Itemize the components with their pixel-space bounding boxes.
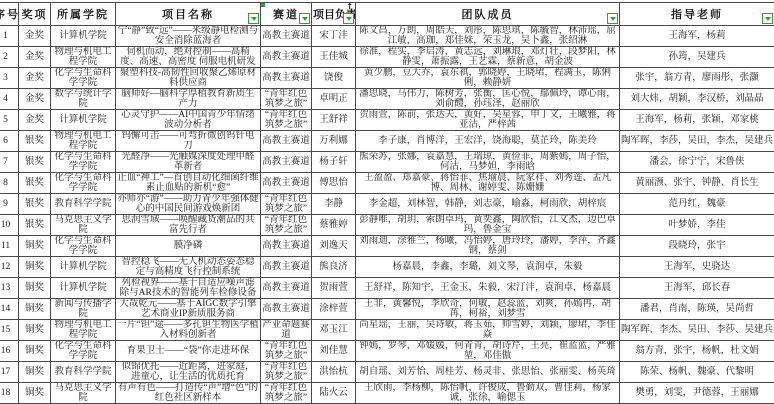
cell-no[interactable]: 5 [0,110,19,131]
table-row: 13铜奖计算机学院列检视界——基于自适应噪声滤除与AR技术的智能列车检修设备高教… [0,278,774,299]
cell-advisors[interactable]: 段晓玲，张宇 [620,236,774,257]
cell-project[interactable]: 似锦优托——近距离，进家庭，进童心，让生活的优质托育 [116,362,261,383]
col-header-label: 团队成员 [462,9,514,21]
cell-team[interactable]: 贺雨萱，陈前，张达夫，黄好，吴星蓉，申丁文，王曦雅，蒋亚沽，严梓茜 [356,110,620,131]
cell-award[interactable]: 铜奖 [19,341,51,362]
cell-college[interactable]: 物理与机电工程学院 [51,320,116,341]
cell-college[interactable]: 计算机学院 [51,110,116,131]
cell-leader[interactable]: 饶俊 [312,68,356,89]
cell-college[interactable]: 计算机学院 [51,278,116,299]
cell-advisors[interactable]: 王海军，史骁达 [620,257,774,278]
cell-track[interactable]: “青年红色筑梦之旅” [261,341,312,362]
col-header-label: 赛道 [273,9,299,21]
cell-project[interactable]: 亦师亦“游”——助力青少年强体健心的中国民间游戏焕新团 [116,194,261,215]
col-header-label: 项目名称 [162,9,214,21]
cell-leader[interactable]: 陆火云 [312,383,356,401]
cell-leader[interactable]: 杨子轩 [312,152,356,173]
filter-arrow-icon [346,17,352,21]
cell-track[interactable]: “青年红色筑梦之旅” [261,215,312,236]
cell-track[interactable]: 高教主赛道 [261,173,312,194]
cell-no[interactable]: 10 [0,215,19,236]
cell-award[interactable]: 铜奖 [19,257,51,278]
cell-no[interactable]: 15 [0,320,19,341]
cell-team[interactable]: 王非，黄馨悦，李欣奇，何敏，赵蕊蓝，刘爽，孙嫣冉，胡苒，柯裕，刘梦雪 [356,299,620,320]
cell-no[interactable]: 8 [0,173,19,194]
cell-leader[interactable]: 傅思怡 [312,173,356,194]
cell-no[interactable]: 14 [0,299,19,320]
awards-table: 序号奖项所属学院项目名称赛道项目负责人↑团队成员指导老师 1金奖计算机学院宁“静… [0,2,774,400]
cell-college[interactable]: 计算机学院 [51,26,116,47]
cell-project[interactable]: 钨懈可击——可弯折微创钨针电刀 [116,131,261,152]
cell-college[interactable]: 化学与生命科学学院 [51,68,116,89]
cell-project[interactable]: 思润雪域——唤醒藏货潮品的共富先行者 [116,215,261,236]
col-header-project[interactable]: 项目名称 [116,3,261,26]
cell-award[interactable]: 金奖 [19,110,51,131]
cell-college[interactable]: 数学与统计学院 [51,89,116,110]
cell-team[interactable]: 李金超，刘林智，韩静，刘志豪，喻淼，柯雨欣，胡梓宸 [356,194,620,215]
cell-college[interactable]: 化学与生命科学学院 [51,236,116,257]
cell-award[interactable]: 铜奖 [19,278,51,299]
cell-award[interactable]: 金奖 [19,89,51,110]
cell-award[interactable]: 银奖 [19,152,51,173]
cell-track[interactable]: “青年红色筑梦之旅” [261,362,312,383]
col-header-label: 指导老师 [671,9,723,21]
sort-ascending-icon: ↑ [346,3,353,11]
cell-college[interactable]: 化学与生命科学学院 [51,341,116,362]
cell-project[interactable]: 脑师好—脑科学厚植教育新质生产力 [116,89,261,110]
cell-team[interactable]: 钟嫣，罗琴，邓媛媛，何青青，胡诗芹，王亮，崔蓝蓝，严雅堃，邓佳傲 [356,341,620,362]
cell-team[interactable]: 王舒祥，陈知宇，王金玉，朱毅，宋汀沣，袁润卓，杨嘉晨 [356,278,620,299]
col-header-track[interactable]: 赛道 [261,3,312,26]
cell-project[interactable]: 列检视界——基于自适应噪声滤除与AR技术的智能列车检修设备 [116,278,261,299]
cell-advisors[interactable]: 王海军，杨莉 [620,26,774,47]
cell-college[interactable]: 新闻与传播学院 [51,299,116,320]
cell-no[interactable]: 2 [0,47,19,68]
cell-leader[interactable]: 万利娜 [312,131,356,152]
cell-team[interactable]: 熊荣苏，张娜，袁嘉慧，王瑞琼，黄俭菲，周紫嫣，周子怡，何沽，马梦妲，李雨晗 [356,152,620,173]
cell-project[interactable]: 膜净磷 [116,236,261,257]
col-header-no[interactable]: 序号 [0,3,19,26]
cell-leader[interactable]: 蔡雅婷 [312,215,356,236]
cell-track[interactable]: 产业命题赛道 [261,320,312,341]
cell-comment-mark-icon [261,3,265,7]
cell-team[interactable]: 彭静唯，胡玥，索朗卓玛，黄奕鑫，陶欣怡，江文杰，边巴卓玛，鲁金宝 [356,215,620,236]
cell-no[interactable]: 12 [0,257,19,278]
cell-advisors[interactable]: 潘会，徐宁宁，宋鲁侠 [620,152,774,173]
cell-team[interactable]: 潘思晓，马伟力，陈树芳，张衡，匡心悦，鄢佩玲，谭心雨，刘俞醴，孙珏泽，赵丽欣 [356,89,620,110]
cell-college[interactable]: 化学与生命科学学院 [51,173,116,194]
col-header-label: 序号 [0,9,19,21]
table-row: 1金奖计算机学院宁“静”致“远”——米级静电检测与安全消除蓝海者高教主赛道宋丁沣… [0,26,774,47]
cell-award[interactable]: 金奖 [19,26,51,47]
cell-college[interactable]: 化学与生命科学学院 [51,152,116,173]
cell-project[interactable]: 一片“钽”途——多孔钽生物医学植入材料创新者 [116,320,261,341]
cell-award[interactable]: 银奖 [19,131,51,152]
cell-award[interactable]: 铜奖 [19,383,51,401]
cell-track[interactable]: “青年红色筑梦之旅” [261,383,312,401]
cell-track[interactable]: 高教主赛道 [261,26,312,47]
table-row: 3金奖化学与生命科学学院聚塑科技-高韧性回收聚乙烯原材料供应商高教主赛道饶俊黄少… [0,68,774,89]
cell-advisors[interactable]: 王海军，邱长春 [620,278,774,299]
filter-dropdown-icon[interactable] [248,13,259,24]
table-row: 7银奖化学与生命科学学院光醛净——光触媒深度处理甲醛革新者高教主赛道杨子轩熊荣苏… [0,152,774,173]
cell-no[interactable]: 9 [0,194,19,215]
cell-leader[interactable]: 刘佳慧 [312,341,356,362]
cell-no[interactable]: 6 [0,131,19,152]
col-header-advisors[interactable]: 指导老师 [620,3,774,26]
cell-leader[interactable]: 刘逸天 [312,236,356,257]
cell-project[interactable]: 智控稳飞——无人机动态姿态稳定与高精度飞行控制系统 [116,257,261,278]
cell-award[interactable]: 银奖 [19,173,51,194]
col-header-label: 奖项 [22,9,48,21]
cell-team[interactable]: 王盈盈、郑嘉豪、蒋怡菲、焦瑜晨、阮家祥、刘秀莲、孟凡博、周林、谢婷雯、陈姗姗 [356,173,620,194]
cell-advisors[interactable]: 翁方青，张宇，杨帆，杜文娟 [620,341,774,362]
cell-advisors[interactable]: 刘大炜，胡颖，李汉桥，刘晶晶 [620,89,774,110]
cell-advisors[interactable]: 陈荣、杨帆、魏豪、代黎明 [620,362,774,383]
cell-no[interactable]: 1 [0,26,19,47]
cell-award[interactable]: 铜奖 [19,320,51,341]
filter-dropdown-icon[interactable] [762,13,773,24]
table-row: 15铜奖物理与机电工程学院一片“钽”途——多孔钽生物医学植入材料创新者产业命题赛… [0,320,774,341]
cell-advisors[interactable]: 张宇，翁方青，廖雨彤，张灝 [620,68,774,89]
cell-no[interactable]: 16 [0,341,19,362]
table-row: 16铜奖化学与生命科学学院育果卫士——“袋”你走进环保“青年红色筑梦之旅”刘佳慧… [0,341,774,362]
cell-college[interactable]: 计算机学院 [51,257,116,278]
cell-no[interactable]: 13 [0,278,19,299]
cell-advisors[interactable]: 王海军，杨莉，张颖，邓家桃 [620,110,774,131]
cell-project[interactable]: 宁“静”致“远”——米级静电检测与安全消除蓝海者 [116,26,261,47]
col-header-team[interactable]: 团队成员 [356,3,620,26]
col-header-leader[interactable]: 项目负责人↑ [312,3,356,26]
filter-dropdown-icon[interactable] [299,13,310,24]
cell-college[interactable]: 教育科学学院 [51,194,116,215]
cell-leader[interactable]: 涂梓萱 [312,299,356,320]
cell-project[interactable]: 止血“神工”—首创自动化细菌纤维素止血贴的新机“愈” [116,173,261,194]
cell-team[interactable]: 杨嘉晨，李鑫，李璐，刘文琴，袁润卓，朱毅 [356,257,620,278]
cell-track[interactable]: 高教主赛道 [261,131,312,152]
filter-dropdown-icon[interactable] [607,13,618,24]
cell-advisors[interactable]: 黄丽滪、张宇、钟静、肖长生 [620,173,774,194]
cell-no[interactable]: 18 [0,383,19,401]
awards-spreadsheet: 序号奖项所属学院项目名称赛道项目负责人↑团队成员指导老师 1金奖计算机学院宁“静… [0,2,774,400]
table-row: 4金奖数学与统计学院脑师好—脑科学厚植教育新质生产力“青年红色筑梦之旅”卓明正潘… [0,89,774,110]
cell-college[interactable]: 马克思主义学院 [51,215,116,236]
cell-award[interactable]: 金奖 [19,68,51,89]
table-row: 17铜奖教育科学学院似锦优托——近距离，进家庭，进童心，让生活的优质托育“青年红… [0,362,774,383]
cell-advisors[interactable]: 陶军晖、李杰、吴田、李莎、吴建兵 [620,320,774,341]
cell-advisors[interactable]: 樊勇，刘雯，尹德蓉，王丽娜 [620,383,774,401]
table-row: 2金奖物理与机电工程学院伺机而动，绝对控制——高精度、高速、高密度 伺服电机研发… [0,47,774,68]
cell-advisors[interactable]: 叶梦娇，李佳 [620,215,774,236]
table-row: 9银奖教育科学学院亦师亦“游”——助力青少年强体健心的中国民间游戏焕新团“青年红… [0,194,774,215]
cell-project[interactable]: 育果卫士——“袋”你走进环保 [116,341,261,362]
cell-advisors[interactable]: 陶军晖，李莎，吴田，李杰，吴建兵 [620,131,774,152]
filter-arrow-icon [251,17,257,21]
cell-no[interactable]: 4 [0,89,19,110]
cell-team[interactable]: 尚星瑶，王丽，吴诗敏，蒋玉茹，帅雪婷，刘颖，廖珺，李佳焱 [356,320,620,341]
cell-track[interactable]: 高教主赛道 [261,278,312,299]
cell-no[interactable]: 11 [0,236,19,257]
cell-team[interactable]: 黄少鹏，豆大乔，袁东祺，郭晓婷，王晓珺，程满玉，陈俐俐，赖静妍 [356,68,620,89]
cell-project[interactable]: 伺机而动，绝对控制——高精度、高速、高密度 伺服电机研发 [116,47,261,68]
cell-leader[interactable]: 熊良济 [312,257,356,278]
cell-team[interactable]: 刘雨迪，涂雅兰，杨曦，冯怡婷，唐玲玲，潘婷，李萍，齐鑫钢，蔡剑 [356,236,620,257]
cell-leader[interactable]: 洪怡杭 [312,362,356,383]
cell-leader[interactable]: 李静 [312,194,356,215]
cell-track[interactable]: 高教主赛道 [261,299,312,320]
cell-leader[interactable]: 宋丁沣 [312,26,356,47]
cell-award[interactable]: 银奖 [19,215,51,236]
cell-award[interactable]: 铜奖 [19,362,51,383]
cell-team[interactable]: 徐准，程实，李启涛，黄志远，刘琳琅，邓灯壮，段梦阳，林静雯，萧振露，王艺霖，蔡新… [356,47,620,68]
cell-track[interactable]: “青年红色筑梦之旅” [261,110,312,131]
filter-arrow-icon [765,17,771,21]
cell-team[interactable]: 胡自瑶、刘芳怡、周桂芳、杨灵非、张思怡、张丽雯、杨英琦 [356,362,620,383]
cell-college[interactable]: 马克思主义学院 [51,383,116,401]
cell-team[interactable]: 陈文昌，万朗，周皓天，刘彤，陈思琪，陈毓智，林沛瑶，屈江敏，高珈，郑佳妹，荣玉龙… [356,26,620,47]
cell-college[interactable]: 物理与机电工程学院 [51,131,116,152]
cell-track[interactable]: “青年红色筑梦之旅” [261,89,312,110]
table-row: 5金奖计算机学院心灵守护——AI中国青少年情绪波动分析者“青年红色筑梦之旅”王舒… [0,110,774,131]
col-header-college[interactable]: 所属学院 [51,3,116,26]
table-header: 序号奖项所属学院项目名称赛道项目负责人↑团队成员指导老师 [0,3,774,26]
cell-project[interactable]: 心灵守护——AI中国青少年情绪波动分析者 [116,110,261,131]
cell-advisors[interactable]: 孙筠，吴建兵 [620,47,774,68]
filter-arrow-icon [610,17,616,21]
cell-advisors[interactable]: 潘君，肖南，陈瑛，吴尚哲 [620,299,774,320]
cell-track[interactable]: “青年红色筑梦之旅” [261,194,312,215]
cell-leader[interactable]: 王佳城 [312,47,356,68]
table-row: 12铜奖计算机学院智控稳飞——无人机动态姿态稳定与高精度飞行控制系统高教主赛道熊… [0,257,774,278]
col-header-label: 所属学院 [57,9,109,21]
cell-track[interactable]: 高教主赛道 [261,68,312,89]
cell-project[interactable]: 大哉乾元——基于AIGC数字引擎艺术商业IP新质服务商 [116,299,261,320]
cell-team[interactable]: 李子康，肖博洋，王宏洋，饶海聪，莫芷玲，陈美玲 [356,131,620,152]
cell-award[interactable]: 铜奖 [19,236,51,257]
cell-leader[interactable]: 贺雨萱 [312,278,356,299]
cell-team[interactable]: 王欣雨，李杨柳，陈怡帆，许俊成，鲁勤双，曹佳莉，杨家诚，张徐，喻偲玉 [356,383,620,401]
table-row: 14铜奖新闻与传播学院大哉乾元——基于AIGC数字引擎艺术商业IP新质服务商高教… [0,299,774,320]
cell-no[interactable]: 17 [0,362,19,383]
cell-no[interactable]: 7 [0,152,19,173]
table-row: 18铜奖马克思主义学院有声有色——打造传“声”增“色”的红色社区新样本“青年红色… [0,383,774,401]
cell-project[interactable]: 有声有色——打造传“声”增“色”的红色社区新样本 [116,383,261,401]
col-header-award[interactable]: 奖项 [19,3,51,26]
cell-track[interactable]: 高教主赛道 [261,257,312,278]
table-row: 11铜奖化学与生命科学学院膜净磷高教主赛道刘逸天刘雨迪，涂雅兰，杨曦，冯怡婷，唐… [0,236,774,257]
cell-leader[interactable]: 卓明正 [312,89,356,110]
header-row: 序号奖项所属学院项目名称赛道项目负责人↑团队成员指导老师 [0,3,774,26]
table-row: 8银奖化学与生命科学学院止血“神工”—首创自动化细菌纤维素止血贴的新机“愈”高教… [0,173,774,194]
cell-award[interactable]: 银奖 [19,194,51,215]
cell-college[interactable]: 物理与机电工程学院 [51,47,116,68]
table-row: 6银奖物理与机电工程学院钨懈可击——可弯折微创钨针电刀高教主赛道万利娜李子康，肖… [0,131,774,152]
filter-dropdown-icon[interactable] [343,13,354,24]
cell-advisors[interactable]: 范丹红，魏豪 [620,194,774,215]
cell-college[interactable]: 教育科学学院 [51,362,116,383]
cell-award[interactable]: 铜奖 [19,299,51,320]
cell-track[interactable]: 高教主赛道 [261,152,312,173]
table-body: 1金奖计算机学院宁“静”致“远”——米级静电检测与安全消除蓝海者高教主赛道宋丁沣… [0,26,774,401]
cell-no[interactable]: 3 [0,68,19,89]
cell-leader[interactable]: 王舒祥 [312,110,356,131]
filter-arrow-icon [302,17,308,21]
cell-leader[interactable]: 邓玉江 [312,320,356,341]
cell-project[interactable]: 聚塑科技-高韧性回收聚乙烯原材料供应商 [116,68,261,89]
cell-track[interactable]: 高教主赛道 [261,47,312,68]
cell-project[interactable]: 光醛净——光触媒深度处理甲醛革新者 [116,152,261,173]
table-row: 10银奖马克思主义学院思润雪域——唤醒藏货潮品的共富先行者“青年红色筑梦之旅”蔡… [0,215,774,236]
cell-track[interactable]: 高教主赛道 [261,236,312,257]
cell-award[interactable]: 金奖 [19,47,51,68]
